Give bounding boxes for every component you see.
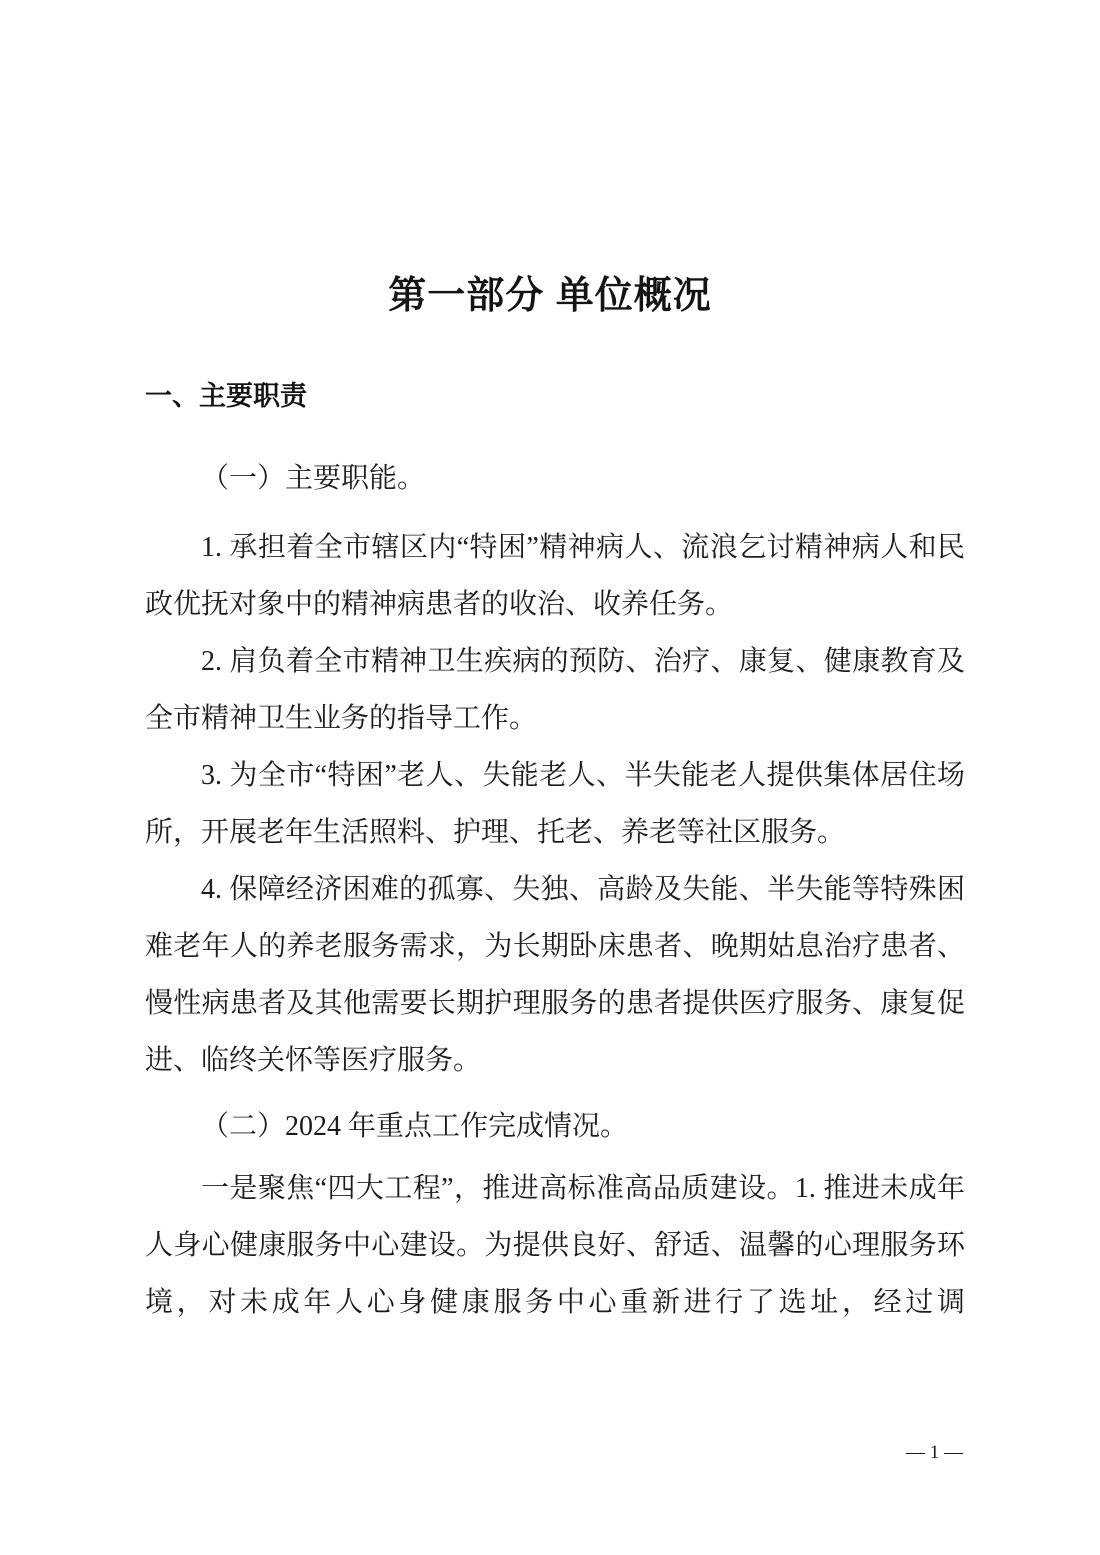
document-title: 第一部分 单位概况 [0, 272, 1100, 320]
paragraph-main-functions: （一）主要职能。 [145, 450, 965, 507]
paragraph-function-1: 1. 承担着全市辖区内“特困”精神病人、流浪乞讨精神病人和民政优抚对象中的精神病… [145, 519, 965, 633]
section-heading-main-duties: 一、主要职责 [145, 378, 965, 414]
page-number: — 1 — [906, 1441, 963, 1465]
paragraph-function-4: 4. 保障经济困难的孤寡、失独、高龄及失能、半失能等特殊困难老年人的养老服务需求… [145, 861, 965, 1089]
paragraph-function-3: 3. 为全市“特困”老人、失能老人、半失能老人提供集体居住场所，开展老年生活照料… [145, 747, 965, 861]
paragraph-2024-key-work: （二）2024 年重点工作完成情况。 [145, 1098, 965, 1155]
paragraph-function-2: 2. 肩负着全市精神卫生疾病的预防、治疗、康复、健康教育及全市精神卫生业务的指导… [145, 633, 965, 747]
document-page: 第一部分 单位概况 一、主要职责 （一）主要职能。 1. 承担着全市辖区内“特困… [0, 0, 1100, 1555]
document-body: （一）主要职能。 1. 承担着全市辖区内“特困”精神病人、流浪乞讨精神病人和民政… [145, 450, 965, 1331]
paragraph-four-projects: 一是聚焦“四大工程”，推进高标准高品质建设。1. 推进未成年人身心健康服务中心建… [145, 1160, 965, 1331]
